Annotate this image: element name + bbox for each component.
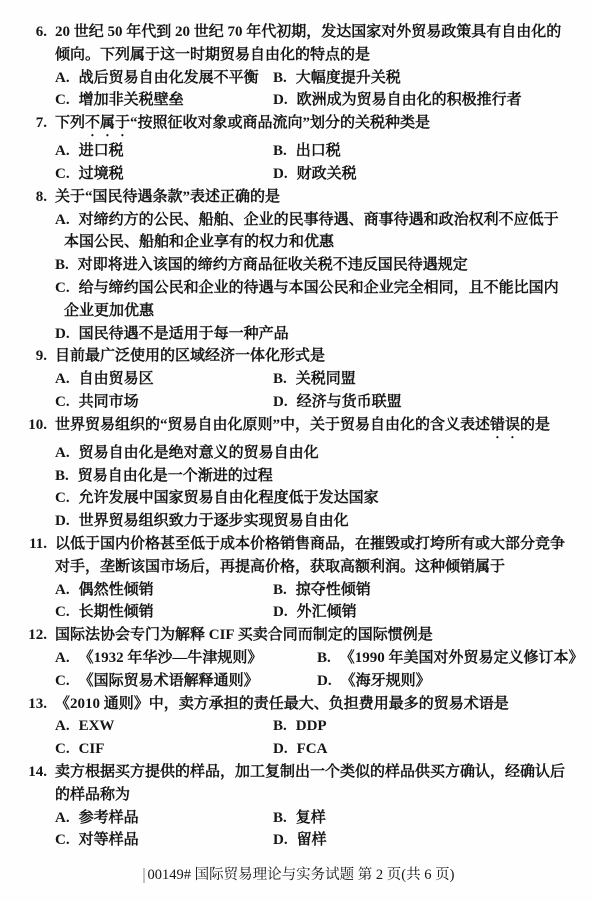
option-item: B.关税同盟 (273, 368, 569, 391)
option-item: D.《海牙规则》 (317, 670, 584, 693)
option-text: 外汇倾销 (297, 604, 357, 620)
question-number: 12. (28, 624, 55, 692)
option-label: C. (55, 280, 70, 296)
option-label: D. (273, 394, 288, 410)
option-item: C.长期性倾销 (55, 601, 273, 624)
option-label: A. (55, 810, 70, 826)
option-text: 进口税 (79, 143, 124, 159)
stem-segment: 《2010 通则》中，卖方承担的责任最大、负担费用最多的贸易术语是 (55, 696, 509, 712)
option-label: A. (55, 371, 70, 387)
option-text: 长期性倾销 (79, 604, 154, 620)
option-label: C. (55, 394, 70, 410)
stem-segment: 国际法协会专门为解释 CIF 买卖合同而制定的国际惯例是 (55, 627, 433, 643)
option-text: 对等样品 (79, 832, 139, 848)
option-item: C.增加非关税壁垒 (55, 89, 273, 112)
option-text: 留样 (297, 832, 327, 848)
option-text: 战后贸易自由化发展不平衡 (79, 70, 259, 86)
option-label: A. (55, 582, 70, 598)
option-item: D.国民待遇不是适用于每一种产品 (55, 323, 569, 346)
option-label: A. (55, 718, 70, 734)
option-text: EXW (79, 718, 115, 734)
option-item: A.EXW (55, 715, 273, 738)
option-item: D.欧洲成为贸易自由化的积极推行者 (273, 89, 569, 112)
question-item: 12.国际法协会专门为解释 CIF 买卖合同而制定的国际惯例是A.《1932 年… (28, 624, 569, 692)
option-text: 国民待遇不是适用于每一种产品 (79, 326, 289, 342)
option-text: 参考样品 (79, 810, 139, 826)
option-text: 偶然性倾销 (79, 582, 154, 598)
option-label: D. (273, 832, 288, 848)
option-item: B.贸易自由化是一个渐进的过程 (55, 465, 569, 488)
question-item: 7.下列不属于“按照征收对象或商品流向”划分的关税种类是A.进口税B.出口税C.… (28, 112, 569, 186)
question-body: 关于“国民待遇条款”表述正确的是A.对缔约方的公民、船舶、企业的民事待遇、商事待… (55, 186, 569, 346)
option-text: 贸易自由化是绝对意义的贸易自由化 (79, 445, 319, 461)
question-stem: 《2010 通则》中，卖方承担的责任最大、负担费用最多的贸易术语是 (55, 693, 569, 716)
stem-segment: 20 世纪 50 年代到 20 世纪 70 年代初期，发达国家对外贸易政策具有自… (55, 24, 561, 63)
option-item: A.自由贸易区 (55, 368, 273, 391)
question-stem: 目前最广泛使用的区域经济一体化形式是 (55, 345, 569, 368)
question-stem: 国际法协会专门为解释 CIF 买卖合同而制定的国际惯例是 (55, 624, 569, 647)
option-label: D. (55, 326, 70, 342)
question-item: 9.目前最广泛使用的区域经济一体化形式是A.自由贸易区B.关税同盟C.共同市场D… (28, 345, 569, 413)
option-item: B.出口税 (273, 140, 569, 163)
scan-artifact-mark (143, 868, 145, 883)
option-label: B. (273, 582, 287, 598)
question-stem: 20 世纪 50 年代到 20 世纪 70 年代初期，发达国家对外贸易政策具有自… (55, 21, 569, 67)
question-item: 6.20 世纪 50 年代到 20 世纪 70 年代初期，发达国家对外贸易政策具… (28, 21, 569, 112)
options-grid: A.偶然性倾销B.掠夺性倾销C.长期性倾销D.外汇倾销 (55, 579, 569, 625)
question-number: 11. (28, 533, 55, 624)
stem-segment: 目前最广泛使用的区域经济一体化形式是 (55, 348, 325, 364)
option-text: 共同市场 (79, 394, 139, 410)
option-text: 世界贸易组织致力于逐步实现贸易自由化 (79, 513, 349, 529)
option-label: A. (55, 212, 70, 228)
option-item: C.对等样品 (55, 829, 273, 852)
question-number: 7. (28, 112, 55, 186)
question-stem: 以低于国内价格甚至低于成本价格销售商品，在摧毁或打垮所有或大部分竞争对手，垄断该… (55, 533, 569, 579)
stem-segment: 的是 (520, 417, 550, 433)
option-item: A.对缔约方的公民、船舶、企业的民事待遇、商事待遇和政治权利不应低于本国公民、船… (55, 209, 569, 255)
option-item: B.DDP (273, 715, 569, 738)
question-body: 20 世纪 50 年代到 20 世纪 70 年代初期，发达国家对外贸易政策具有自… (55, 21, 569, 112)
option-label: C. (55, 604, 70, 620)
stem-segment: 世界贸易组织的“贸易自由化原则”中，关于贸易自由化的含义表述 (55, 417, 490, 433)
page-footer: 00149# 国际贸易理论与实务试题 第 2 页(共 6 页) (28, 866, 569, 885)
question-number: 8. (28, 186, 55, 346)
option-item: B.复样 (273, 807, 569, 830)
question-item: 13.《2010 通则》中，卖方承担的责任最大、负担费用最多的贸易术语是A.EX… (28, 693, 569, 761)
option-item: C.允许发展中国家贸易自由化程度低于发达国家 (55, 487, 569, 510)
stem-segment: 下列 (55, 115, 85, 131)
option-label: C. (55, 166, 70, 182)
question-item: 11.以低于国内价格甚至低于成本价格销售商品，在摧毁或打垮所有或大部分竞争对手，… (28, 533, 569, 624)
option-label: D. (55, 513, 70, 529)
question-stem: 卖方根据买方提供的样品，加工复制出一个类似的样品供买方确认，经确认后的样品称为 (55, 761, 569, 807)
option-label: A. (55, 445, 70, 461)
options-grid: A.EXWB.DDPC.CIFD.FCA (55, 715, 569, 761)
option-label: C. (55, 673, 70, 689)
option-item: D.FCA (273, 738, 569, 761)
option-label: B. (55, 257, 69, 273)
stem-segment: “按照征收对象或商品流向”划分的关税种类是 (130, 115, 430, 131)
options-grid: A.《1932 年华沙—牛津规则》B.《1990 年美国对外贸易定义修订本》C.… (55, 647, 569, 693)
question-stem: 世界贸易组织的“贸易自由化原则”中，关于贸易自由化的含义表述错误的是 (55, 414, 569, 442)
question-body: 《2010 通则》中，卖方承担的责任最大、负担费用最多的贸易术语是A.EXWB.… (55, 693, 569, 761)
question-number: 9. (28, 345, 55, 413)
option-text: 欧洲成为贸易自由化的积极推行者 (297, 92, 522, 108)
question-number: 14. (28, 761, 55, 852)
option-item: B.对即将进入该国的缔约方商品征收关税不违反国民待遇规定 (55, 254, 569, 277)
option-text: 经济与货币联盟 (297, 394, 402, 410)
option-label: C. (55, 832, 70, 848)
options-grid: A.参考样品B.复样C.对等样品D.留样 (55, 807, 569, 853)
question-item: 14.卖方根据买方提供的样品，加工复制出一个类似的样品供买方确认，经确认后的样品… (28, 761, 569, 852)
option-item: D.留样 (273, 829, 569, 852)
option-text: 对即将进入该国的缔约方商品征收关税不违反国民待遇规定 (78, 257, 468, 273)
question-stem: 下列不属于“按照征收对象或商品流向”划分的关税种类是 (55, 112, 569, 140)
option-label: D. (273, 92, 288, 108)
options-grid: A.战后贸易自由化发展不平衡B.大幅度提升关税C.增加非关税壁垒D.欧洲成为贸易… (55, 67, 569, 113)
option-item: D.世界贸易组织致力于逐步实现贸易自由化 (55, 510, 569, 533)
question-item: 8.关于“国民待遇条款”表述正确的是A.对缔约方的公民、船舶、企业的民事待遇、商… (28, 186, 569, 346)
option-label: A. (55, 143, 70, 159)
option-text: 对缔约方的公民、船舶、企业的民事待遇、商事待遇和政治权利不应低于本国公民、船舶和… (64, 212, 559, 251)
option-item: C.CIF (55, 738, 273, 761)
question-number: 10. (28, 414, 55, 533)
stem-segment: 关于“国民待遇条款”表述正确的是 (55, 189, 280, 205)
option-text: 增加非关税壁垒 (79, 92, 184, 108)
options-grid: A.进口税B.出口税C.过境税D.财政关税 (55, 140, 569, 186)
option-text: CIF (79, 741, 105, 757)
option-text: FCA (297, 741, 328, 757)
option-text: 《海牙规则》 (341, 673, 431, 689)
option-label: B. (317, 650, 331, 666)
option-item: D.财政关税 (273, 163, 569, 186)
option-item: A.偶然性倾销 (55, 579, 273, 602)
option-item: C.过境税 (55, 163, 273, 186)
option-label: B. (273, 143, 287, 159)
option-text: 《1932 年华沙—牛津规则》 (79, 650, 263, 666)
option-label: B. (273, 810, 287, 826)
option-item: B.掠夺性倾销 (273, 579, 569, 602)
option-label: D. (273, 166, 288, 182)
option-text: 自由贸易区 (79, 371, 154, 387)
exam-page: 6.20 世纪 50 年代到 20 世纪 70 年代初期，发达国家对外贸易政策具… (0, 0, 593, 901)
option-item: A.战后贸易自由化发展不平衡 (55, 67, 273, 90)
option-label: D. (317, 673, 332, 689)
option-label: B. (273, 371, 287, 387)
option-text: 关税同盟 (296, 371, 356, 387)
stem-segment: 以低于国内价格甚至低于成本价格销售商品，在摧毁或打垮所有或大部分竞争对手，垄断该… (55, 536, 565, 575)
option-text: 贸易自由化是一个渐进的过程 (78, 468, 273, 484)
option-label: D. (273, 741, 288, 757)
question-body: 国际法协会专门为解释 CIF 买卖合同而制定的国际惯例是A.《1932 年华沙—… (55, 624, 569, 692)
option-label: B. (273, 718, 287, 734)
question-item: 10.世界贸易组织的“贸易自由化原则”中，关于贸易自由化的含义表述错误的是A.贸… (28, 414, 569, 533)
option-label: A. (55, 70, 70, 86)
option-item: C.共同市场 (55, 391, 273, 414)
question-stem: 关于“国民待遇条款”表述正确的是 (55, 186, 569, 209)
question-number: 13. (28, 693, 55, 761)
option-item: A.贸易自由化是绝对意义的贸易自由化 (55, 442, 569, 465)
option-item: D.经济与货币联盟 (273, 391, 569, 414)
options-grid: A.自由贸易区B.关税同盟C.共同市场D.经济与货币联盟 (55, 368, 569, 414)
option-label: C. (55, 490, 70, 506)
option-item: A.《1932 年华沙—牛津规则》 (55, 647, 317, 670)
option-text: 过境税 (79, 166, 124, 182)
question-body: 目前最广泛使用的区域经济一体化形式是A.自由贸易区B.关税同盟C.共同市场D.经… (55, 345, 569, 413)
option-item: B.大幅度提升关税 (273, 67, 569, 90)
option-label: C. (55, 92, 70, 108)
option-label: C. (55, 741, 70, 757)
option-label: A. (55, 650, 70, 666)
option-text: 掠夺性倾销 (296, 582, 371, 598)
question-number: 6. (28, 21, 55, 112)
option-label: B. (55, 468, 69, 484)
question-body: 下列不属于“按照征收对象或商品流向”划分的关税种类是A.进口税B.出口税C.过境… (55, 112, 569, 186)
option-text: 《国际贸易术语解释通则》 (79, 673, 259, 689)
option-text: DDP (296, 718, 327, 734)
option-text: 《1990 年美国对外贸易定义修订本》 (340, 650, 584, 666)
page-footer-text: 00149# 国际贸易理论与实务试题 第 2 页(共 6 页) (148, 866, 455, 885)
option-item: B.《1990 年美国对外贸易定义修订本》 (317, 647, 584, 670)
question-body: 以低于国内价格甚至低于成本价格销售商品，在摧毁或打垮所有或大部分竞争对手，垄断该… (55, 533, 569, 624)
option-item: A.进口税 (55, 140, 273, 163)
stem-segment: 错误 (490, 417, 520, 433)
option-text: 复样 (296, 810, 326, 826)
option-text: 允许发展中国家贸易自由化程度低于发达国家 (79, 490, 379, 506)
option-text: 财政关税 (297, 166, 357, 182)
stem-segment: 卖方根据买方提供的样品，加工复制出一个类似的样品供买方确认，经确认后的样品称为 (55, 764, 565, 803)
option-text: 给与缔约国公民和企业的待遇与本国公民和企业完全相同，且不能比国内企业更加优惠 (64, 280, 559, 319)
option-item: D.外汇倾销 (273, 601, 569, 624)
option-item: C.给与缔约国公民和企业的待遇与本国公民和企业完全相同，且不能比国内企业更加优惠 (55, 277, 569, 323)
question-body: 卖方根据买方提供的样品，加工复制出一个类似的样品供买方确认，经确认后的样品称为A… (55, 761, 569, 852)
question-list: 6.20 世纪 50 年代到 20 世纪 70 年代初期，发达国家对外贸易政策具… (28, 21, 569, 852)
stem-segment: 不属于 (85, 115, 130, 131)
question-body: 世界贸易组织的“贸易自由化原则”中，关于贸易自由化的含义表述错误的是A.贸易自由… (55, 414, 569, 533)
option-label: D. (273, 604, 288, 620)
option-text: 出口税 (296, 143, 341, 159)
option-label: B. (273, 70, 287, 86)
option-item: A.参考样品 (55, 807, 273, 830)
option-text: 大幅度提升关税 (296, 70, 401, 86)
option-item: C.《国际贸易术语解释通则》 (55, 670, 317, 693)
